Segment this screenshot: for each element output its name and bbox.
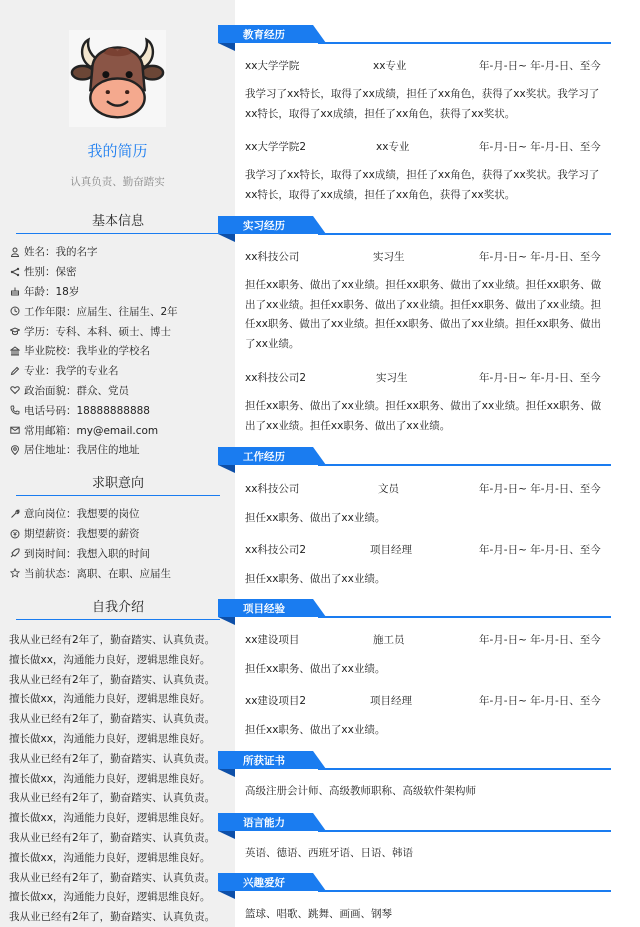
rocket-icon: [8, 546, 22, 560]
entry-date: 年-月-日~ 年-月-日、至今: [479, 632, 601, 647]
entry-desc: 担任xx职务、做出了xx业绩。: [245, 660, 605, 680]
star-icon: [8, 566, 22, 580]
info-label: 政治面貌：群众、党员: [24, 383, 129, 398]
info-name: 姓名：我的名字: [8, 242, 230, 262]
share-icon: [8, 265, 22, 279]
section-title: 所获证书: [243, 753, 285, 768]
info-work-years: 工作年限：应届生、往届生、2年: [8, 301, 230, 321]
self-intro-text: 我从业已经有2年了，勤奋踏实、认真负责。 擅长做xx，沟通能力良好，逻辑思维良好…: [9, 631, 231, 927]
entry-desc: 担任xx职务、做出了xx业绩。担任xx职务、做出了xx业绩。担任xx职务、做出了…: [245, 276, 605, 354]
intro-line: 我从业已经有2年了，勤奋踏实、认真负责。: [9, 631, 231, 651]
section-work: 工作经历 xx科技公司 文员 年-月-日~ 年-月-日、至今 担任xx职务、做出…: [218, 447, 611, 592]
intro-line: 擅长做xx，沟通能力良好，逻辑思维良好。: [9, 849, 231, 869]
section-header: 实习经历: [218, 216, 611, 236]
intro-line: 我从业已经有2年了，勤奋踏实、认真负责。: [9, 908, 231, 927]
entry-date: 年-月-日~ 年-月-日、至今: [479, 542, 601, 557]
info-label: 常用邮箱：my@email.com: [24, 423, 158, 438]
section-header: 兴趣爱好: [218, 873, 611, 893]
heart-icon: [8, 383, 22, 397]
intro-line: 擅长做xx，沟通能力良好，逻辑思维良好。: [9, 690, 231, 710]
entry-role: 项目经理: [370, 542, 412, 557]
intro-line: 我从业已经有2年了，勤奋踏实、认真负责。: [9, 710, 231, 730]
motto: 认真负责、勤奋踏实: [0, 174, 235, 189]
info-address: 居住地址：我居住的地址: [8, 440, 230, 460]
intro-line: 擅长做xx，沟通能力良好，逻辑思维良好。: [9, 888, 231, 908]
info-label: 性别：保密: [24, 264, 77, 279]
entry-org: xx科技公司2: [245, 370, 306, 385]
entry-desc: 担任xx职务、做出了xx业绩。: [245, 570, 605, 590]
main-content: 教育经历 xx大学学院 xx专业 年-月-日~ 年-月-日、至今 我学习了xx特…: [235, 0, 640, 927]
job-intent-list: 意向岗位：我想要的岗位 期望薪资：我想要的薪资 到岗时间：我想入职的时间 当前状…: [8, 504, 230, 583]
section-languages: 语言能力 英语、德语、西班牙语、日语、韩语: [218, 813, 611, 868]
info-political: 政治面貌：群众、党员: [8, 381, 230, 401]
entry-desc: 担任xx职务、做出了xx业绩。担任xx职务、做出了xx业绩。担任xx职务、做出了…: [245, 397, 605, 436]
entry-date: 年-月-日~ 年-月-日、至今: [479, 139, 601, 154]
entry-org: xx大学学院: [245, 58, 299, 73]
section-header: 项目经验: [218, 599, 611, 619]
intent-position: 意向岗位：我想要的岗位: [8, 504, 230, 524]
info-label: 到岗时间：我想入职的时间: [24, 546, 150, 561]
entry-date: 年-月-日~ 年-月-日、至今: [479, 249, 601, 264]
section-title: 工作经历: [243, 449, 285, 464]
job-intent-heading: 求职意向: [16, 472, 220, 491]
entry-desc: 担任xx职务、做出了xx业绩。: [245, 721, 605, 741]
coin-icon: [8, 527, 22, 541]
info-label: 当前状态：离职、在职、应届生: [24, 566, 171, 581]
person-icon: [8, 245, 22, 259]
entry-org: xx科技公司: [245, 481, 299, 496]
info-major: 专业：我学的专业名: [8, 361, 230, 381]
entry-role: 实习生: [376, 370, 408, 385]
self-intro-heading: 自我介绍: [16, 596, 220, 615]
bull-avatar-icon: [69, 30, 166, 127]
intent-status: 当前状态：离职、在职、应届生: [8, 563, 230, 583]
info-gender: 性别：保密: [8, 262, 230, 282]
section-education: 教育经历 xx大学学院 xx专业 年-月-日~ 年-月-日、至今 我学习了xx特…: [218, 25, 611, 205]
entry-role: xx专业: [373, 58, 406, 73]
info-school: 毕业院校：我毕业的学校名: [8, 341, 230, 361]
resume-title: 我的简历: [0, 140, 235, 161]
intro-line: 我从业已经有2年了，勤奋踏实、认真负责。: [9, 750, 231, 770]
section-header: 所获证书: [218, 751, 611, 771]
section-hobbies: 兴趣爱好 篮球、唱歌、跳舞、画画、钢琴: [218, 873, 611, 927]
entry-org: xx科技公司: [245, 249, 299, 264]
entry-date: 年-月-日~ 年-月-日、至今: [479, 58, 601, 73]
entry-desc: 担任xx职务、做出了xx业绩。: [245, 509, 605, 529]
info-label: 意向岗位：我想要的岗位: [24, 506, 140, 521]
cake-icon: [8, 284, 22, 298]
entry-date: 年-月-日~ 年-月-日、至今: [479, 370, 601, 385]
section-projects: 项目经验 xx建设项目 施工员 年-月-日~ 年-月-日、至今 担任xx职务、做…: [218, 599, 611, 744]
school-icon: [8, 344, 22, 358]
section-header: 语言能力: [218, 813, 611, 833]
intro-line: 擅长做xx，沟通能力良好，逻辑思维良好。: [9, 730, 231, 750]
intro-line: 我从业已经有2年了，勤奋踏实、认真负责。: [9, 869, 231, 889]
clock-icon: [8, 304, 22, 318]
section-header: 教育经历: [218, 25, 611, 45]
info-label: 毕业院校：我毕业的学校名: [24, 343, 150, 358]
entry-desc: 我学习了xx特长，取得了xx成绩，担任了xx角色，获得了xx奖状。我学习了xx特…: [245, 85, 605, 124]
entry-role: 项目经理: [370, 693, 412, 708]
entry-role: xx专业: [376, 139, 409, 154]
pen-icon: [8, 364, 22, 378]
intro-line: 我从业已经有2年了，勤奋踏实、认真负责。: [9, 671, 231, 691]
entry-role: 文员: [378, 481, 399, 496]
entry-org: xx建设项目2: [245, 693, 306, 708]
section-title: 教育经历: [243, 27, 285, 42]
section-internship: 实习经历 xx科技公司 实习生 年-月-日~ 年-月-日、至今 担任xx职务、做…: [218, 216, 611, 441]
sidebar: 我的简历 认真负责、勤奋踏实 基本信息 姓名：我的名字 性别：保密 年龄：18岁…: [0, 0, 235, 927]
entry-org: xx大学学院2: [245, 139, 306, 154]
phone-icon: [8, 403, 22, 417]
intent-salary: 期望薪资：我想要的薪资: [8, 524, 230, 544]
intro-line: 擅长做xx，沟通能力良好，逻辑思维良好。: [9, 770, 231, 790]
hobbies-text: 篮球、唱歌、跳舞、画画、钢琴: [245, 905, 605, 925]
info-label: 电话号码：18888888888: [24, 403, 150, 418]
graduation-cap-icon: [8, 324, 22, 338]
entry-role: 实习生: [373, 249, 405, 264]
basic-info-list: 姓名：我的名字 性别：保密 年龄：18岁 工作年限：应届生、往届生、2年 学历：…: [8, 242, 230, 460]
info-email: 常用邮箱：my@email.com: [8, 420, 230, 440]
info-label: 居住地址：我居住的地址: [24, 442, 140, 457]
intent-start-time: 到岗时间：我想入职的时间: [8, 544, 230, 564]
intro-line: 擅长做xx，沟通能力良好，逻辑思维良好。: [9, 651, 231, 671]
section-title: 兴趣爱好: [243, 875, 285, 890]
section-title: 实习经历: [243, 218, 285, 233]
mail-icon: [8, 423, 22, 437]
info-label: 年龄：18岁: [24, 284, 79, 299]
entry-org: xx科技公司2: [245, 542, 306, 557]
intro-line: 我从业已经有2年了，勤奋踏实、认真负责。: [9, 829, 231, 849]
info-education: 学历：专科、本科、硕士、博士: [8, 321, 230, 341]
entry-date: 年-月-日~ 年-月-日、至今: [479, 481, 601, 496]
entry-org: xx建设项目: [245, 632, 299, 647]
info-age: 年龄：18岁: [8, 282, 230, 302]
info-label: 工作年限：应届生、往届生、2年: [24, 304, 178, 319]
location-icon: [8, 443, 22, 457]
entry-role: 施工员: [373, 632, 405, 647]
certificates-text: 高级注册会计师、高级教师职称、高级软件架构师: [245, 782, 605, 802]
section-title: 项目经验: [243, 601, 285, 616]
section-header: 工作经历: [218, 447, 611, 467]
info-label: 专业：我学的专业名: [24, 363, 119, 378]
entry-desc: 我学习了xx特长，取得了xx成绩，担任了xx角色，获得了xx奖状。我学习了xx特…: [245, 166, 605, 205]
wrench-icon: [8, 507, 22, 521]
basic-info-heading: 基本信息: [16, 210, 220, 229]
info-phone: 电话号码：18888888888: [8, 400, 230, 420]
info-label: 期望薪资：我想要的薪资: [24, 526, 140, 541]
languages-text: 英语、德语、西班牙语、日语、韩语: [245, 844, 605, 864]
section-certificates: 所获证书 高级注册会计师、高级教师职称、高级软件架构师: [218, 751, 611, 806]
intro-line: 我从业已经有2年了，勤奋踏实、认真负责。: [9, 789, 231, 809]
info-label: 学历：专科、本科、硕士、博士: [24, 324, 171, 339]
entry-date: 年-月-日~ 年-月-日、至今: [479, 693, 601, 708]
avatar: [69, 30, 166, 127]
intro-line: 擅长做xx，沟通能力良好，逻辑思维良好。: [9, 809, 231, 829]
info-label: 姓名：我的名字: [24, 244, 98, 259]
section-title: 语言能力: [243, 815, 285, 830]
